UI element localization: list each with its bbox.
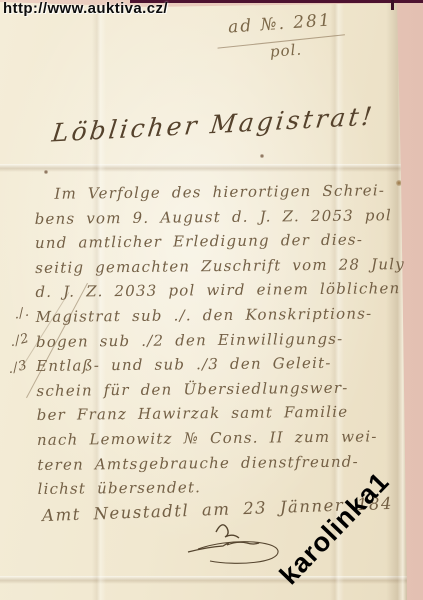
- scanned-letter-photo: http://www.auktiva.cz/ ad №. 281 pol. Lö…: [0, 0, 423, 600]
- fold-crease-horizontal: [0, 576, 423, 584]
- paper-stain: [260, 154, 264, 158]
- paper-stain: [44, 170, 48, 174]
- photo-top-edge: [130, 0, 423, 3]
- source-url-overlay: http://www.auktiva.cz/: [3, 0, 168, 17]
- paper-stain: [403, 148, 410, 156]
- photo-edge-mark: [391, 0, 394, 10]
- fold-crease-horizontal: [0, 164, 423, 172]
- paper-stain: [412, 6, 418, 13]
- reference-note: pol.: [269, 41, 302, 61]
- letter-body: Im Verfolge des hierortigen Schrei- bens…: [34, 181, 409, 505]
